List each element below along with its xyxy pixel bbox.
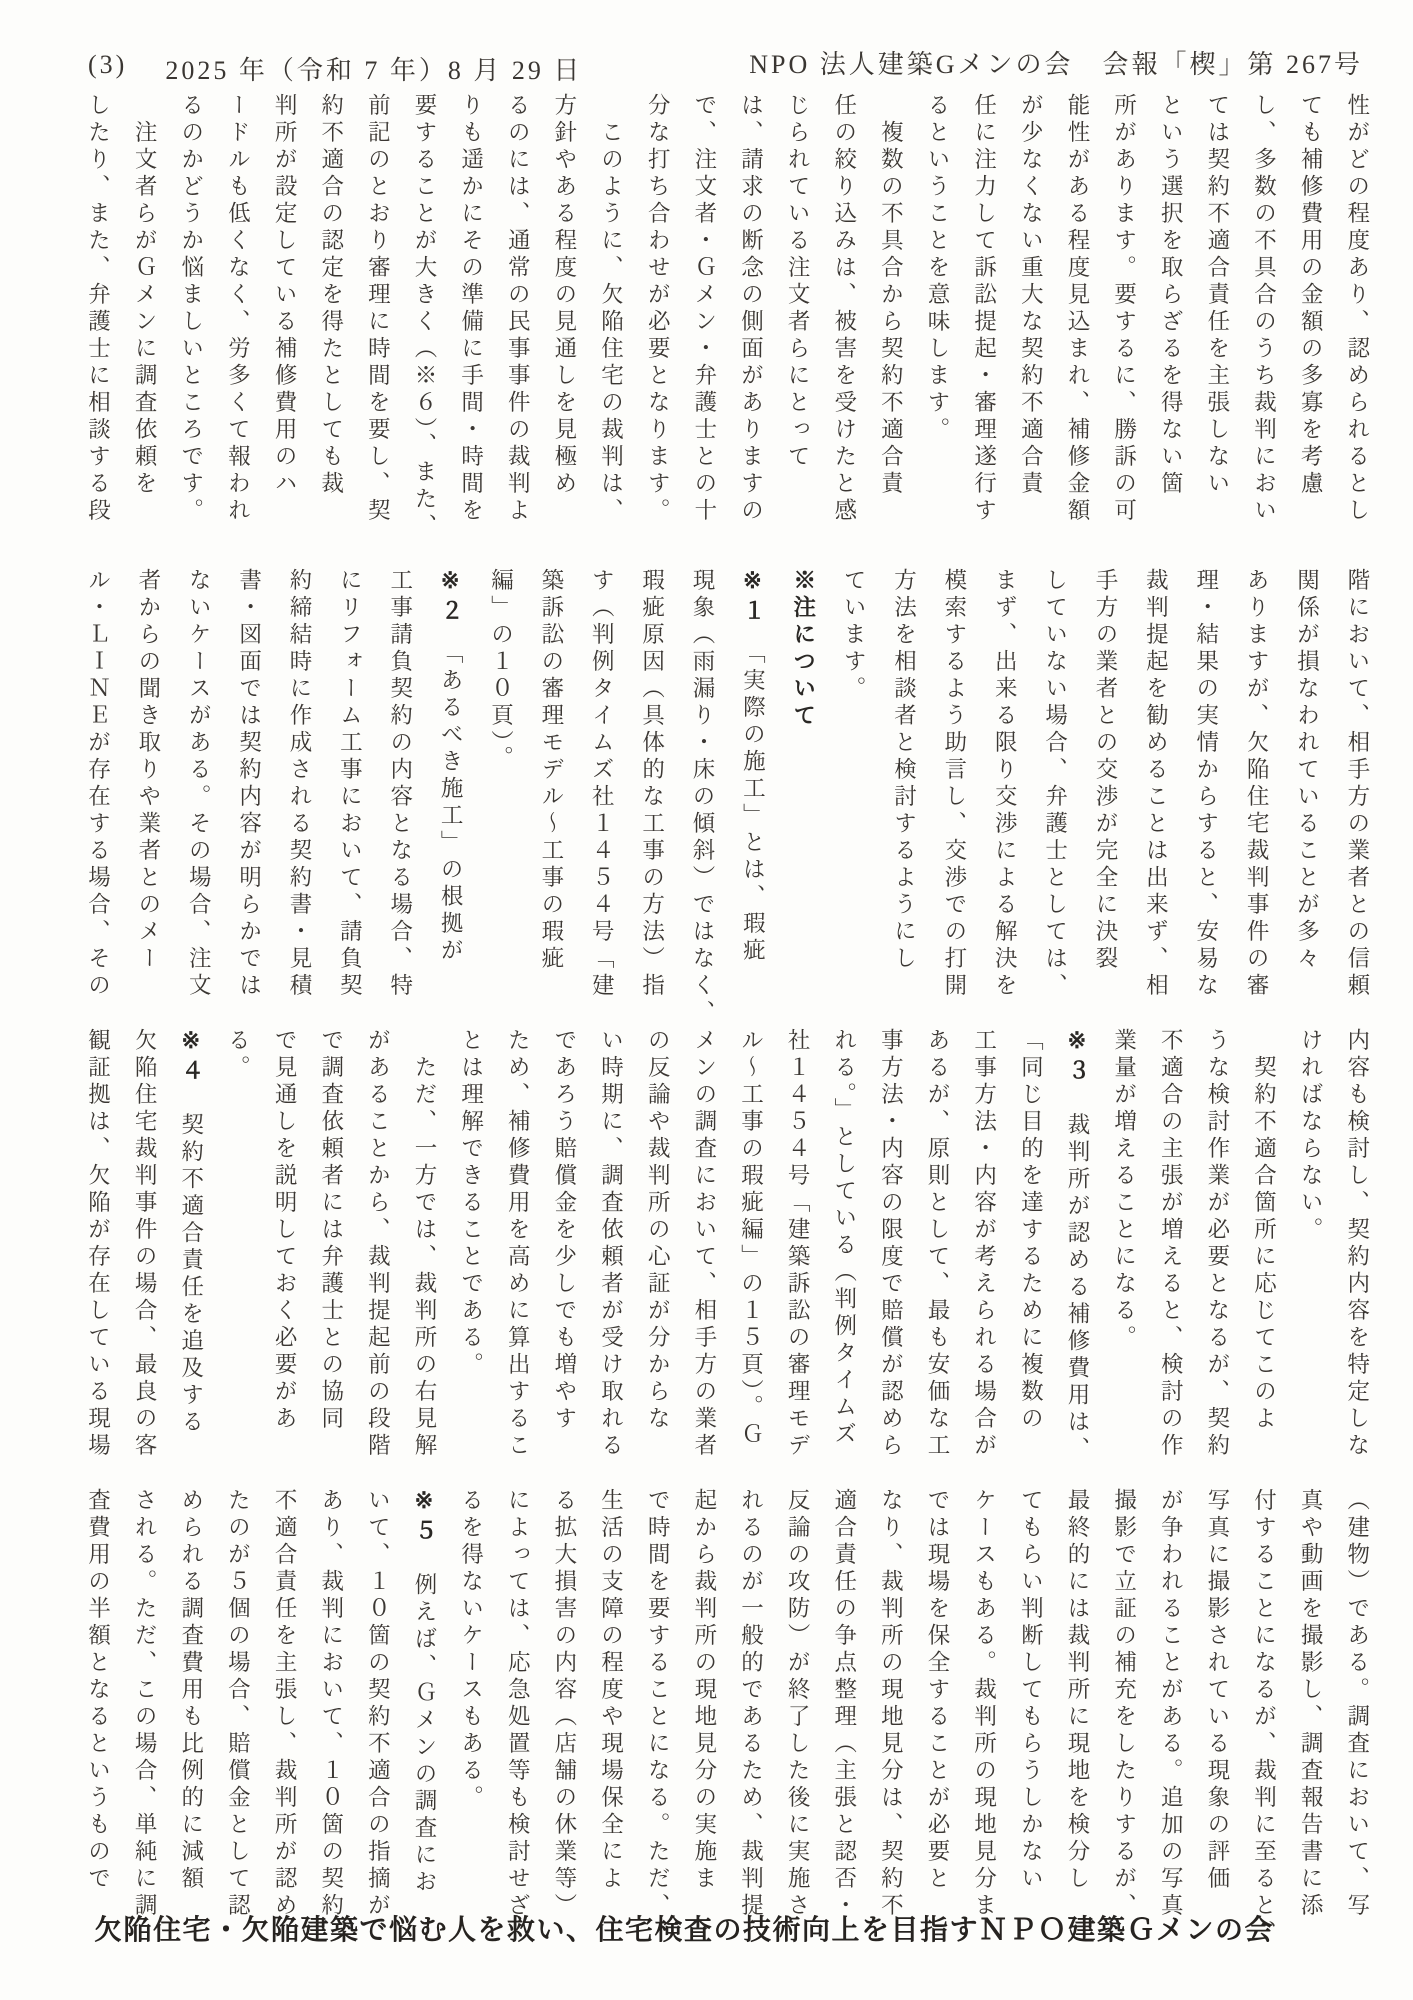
text-column: 分な打ち合わせが必要となります。: [646, 93, 669, 531]
note-marker: ※３: [1065, 1028, 1090, 1086]
note-marker: ※４: [179, 1028, 204, 1086]
text-column: 生活の支障の程度や現場保全によ: [599, 1488, 622, 1926]
text-column: 編」の１０頁）。: [489, 568, 512, 1006]
text-column: で、注文者・Ｇメン・弁護士との十: [692, 93, 715, 531]
text-column: 現象（雨漏り・床の傾斜）ではなく、: [691, 568, 714, 1006]
text-column: 判所が設定している補修費用のハ: [273, 93, 296, 531]
text-column: で見通しを説明しておく必要があ: [273, 1028, 296, 1466]
text-column: る。: [226, 1028, 249, 1466]
article-band-3: 内容も検討し、契約内容を特定しなければならない。 契約不適合箇所に応じてこのよう…: [86, 1028, 1368, 1466]
text-column: が争われることがある。追加の写真: [1159, 1488, 1182, 1926]
text-column: し、多数の不具合のうち裁判におい: [1252, 93, 1275, 531]
text-column: 観証拠は、欠陥が存在している現場: [86, 1028, 109, 1466]
text-column: ければならない。: [1299, 1028, 1322, 1466]
text-column: によっては、応急処置等も検討せざ: [506, 1488, 529, 1926]
note-marker: ※注について: [791, 568, 816, 730]
text-column: ードルも低くなく、労多くて報われ: [226, 93, 249, 531]
text-column: であろう賠償金を少しでも増やす: [552, 1028, 575, 1466]
text-column: るを得ないケースもある。: [459, 1488, 482, 1926]
text-column: 模索するよう助言し、交渉での打開: [942, 568, 965, 1006]
text-column: ただ、一方では、裁判所の右見解: [412, 1028, 435, 1466]
text-column: にリフォーム工事において、請負契: [338, 568, 361, 1006]
text-column: 契約不適合箇所に応じてこのよ: [1252, 1028, 1275, 1466]
text-column: るのには、通常の民事事件の裁判よ: [506, 93, 529, 531]
text-column: 関係が損なわれていることが多々: [1295, 568, 1318, 1006]
text-column: 業量が増えることになる。: [1112, 1028, 1135, 1466]
text-column: なり、裁判所の現地見分は、契約不: [879, 1488, 902, 1926]
text-column: 適合責任の争点整理（主張と認否・: [832, 1488, 855, 1926]
text-column: じられている注文者らにとって: [786, 93, 809, 531]
text-column: まず、出来る限り交渉による解決を: [993, 568, 1016, 1006]
text-column: していない場合、弁護士としては、: [1043, 568, 1066, 1006]
text-column: 査費用の半額となるというもので: [86, 1488, 109, 1926]
text-column: このように、欠陥住宅の裁判は、: [599, 93, 622, 531]
text-column: 約締結時に作成される契約書・見積: [288, 568, 311, 1006]
text-column: るのかどうか悩ましいところです。: [179, 93, 202, 531]
text-column: 反論の攻防）が終了した後に実施さ: [786, 1488, 809, 1926]
newsletter-page: (3) 2025 年（令和 7 年）8 月 29 日 NPO 法人建築Gメンの会…: [0, 0, 1413, 2000]
text-column: 裁判提起を勧めることは出来ず、相: [1144, 568, 1167, 1006]
text-column: りも遥かにその準備に手間・時間を: [459, 93, 482, 531]
note-marker: ※２: [438, 568, 463, 626]
text-column: 前記のとおり審理に時間を要し、契: [366, 93, 389, 531]
text-column: れる。」としている（判例タイムズ: [832, 1028, 855, 1466]
text-column: 起から裁判所の現地見分の実施ま: [692, 1488, 715, 1926]
text-column: 任の絞り込みは、被害を受けたと感: [832, 93, 855, 531]
text-column: 階において、相手方の業者との信頼: [1345, 568, 1368, 1006]
text-column: 欠陥住宅裁判事件の場合、最良の客: [133, 1028, 156, 1466]
text-column: うな検討作業が必要となるが、契約: [1205, 1028, 1228, 1466]
text-column: 不適合の主張が増えると、検討の作: [1159, 1028, 1182, 1466]
text-column: される。ただ、この場合、単純に調: [133, 1488, 156, 1926]
text-column: ありますが、欠陥住宅裁判事件の審: [1245, 568, 1268, 1006]
note-marker: ※５: [412, 1488, 437, 1546]
text-column: 方針やある程度の見通しを見極め: [552, 93, 575, 531]
text-column: ※２ 「あるべき施工」の根拠が: [439, 568, 462, 1006]
text-column: いて、１０箇の契約不適合の指摘が: [366, 1488, 389, 1926]
text-column: という選択を取らざるを得ない箇: [1159, 93, 1182, 531]
text-column: 事方法・内容の限度で賠償が認めら: [879, 1028, 902, 1466]
text-column: で時間を要することになる。ただ、: [646, 1488, 669, 1926]
text-column: 写真に撮影されている現象の評価: [1205, 1488, 1228, 1926]
text-column: す（判例タイムズ社１４５４号「建: [590, 568, 613, 1006]
text-column: ※３ 裁判所が認める補修費用は、: [1065, 1028, 1088, 1466]
text-column: てもらい判断してもらうしかない: [1019, 1488, 1042, 1926]
article-band-1: 性がどの程度あり、認められるとしても補修費用の金額の多寡を考慮し、多数の不具合の…: [86, 93, 1368, 531]
page-header: (3) 2025 年（令和 7 年）8 月 29 日 NPO 法人建築Gメンの会…: [88, 44, 1363, 87]
text-column: 所があります。要するに、勝訴の可: [1112, 93, 1135, 531]
text-column: で調査依頼者には弁護士との協同: [319, 1028, 342, 1466]
page-number: (3): [88, 50, 127, 87]
text-column: 工事方法・内容が考えられる場合が: [972, 1028, 995, 1466]
text-column: は、請求の断念の側面がありますの: [739, 93, 762, 531]
text-column: 不適合責任を主張し、裁判所が認め: [273, 1488, 296, 1926]
text-column: ています。: [842, 568, 865, 1006]
header-left: (3) 2025 年（令和 7 年）8 月 29 日: [88, 50, 582, 87]
text-column: 最終的には裁判所に現地を検分し: [1065, 1488, 1088, 1926]
text-column: ※１ 「実際の施工」とは、瑕疵: [741, 568, 764, 1006]
text-column: あるが、原則として、最も安価な工: [926, 1028, 949, 1466]
text-column: たのが５個の場合、賠償金として認: [226, 1488, 249, 1926]
article-band-2: 階において、相手方の業者との信頼関係が損なわれていることが多々ありますが、欠陥住…: [86, 568, 1368, 1006]
text-column: 方法を相談者と検討するようにし: [892, 568, 915, 1006]
text-column: 瑕疵原因（具体的な工事の方法）指: [640, 568, 663, 1006]
text-column: とは理解できることである。: [459, 1028, 482, 1466]
text-column: 真や動画を撮影し、調査報告書に添: [1299, 1488, 1322, 1926]
text-column: 理・結果の実情からすると、安易な: [1194, 568, 1217, 1006]
text-column: メンの調査において、相手方の業者: [692, 1028, 715, 1466]
text-column: 内容も検討し、契約内容を特定しな: [1345, 1028, 1368, 1466]
text-column: 注文者らがＧメンに調査依頼を: [133, 93, 156, 531]
text-column: があることから、裁判提起前の段階: [366, 1028, 389, 1466]
text-column: い時期に、調査依頼者が受け取れる: [599, 1028, 622, 1466]
text-column: ては契約不適合責任を主張しない: [1205, 93, 1228, 531]
text-column: ル・ＬＩＮＥが存在する場合、その: [86, 568, 109, 1006]
text-column: 書・図面では契約内容が明らかでは: [237, 568, 260, 1006]
text-column: る拡大損害の内容（店舗の休業等）: [552, 1488, 575, 1926]
text-column: 工事請負契約の内容となる場合、特: [388, 568, 411, 1006]
footer-slogan: 欠陥住宅・欠陥建築で悩む人を救い、住宅検査の技術向上を目指すＮＰＯ建築Ｇメンの会: [94, 1914, 1274, 1945]
text-column: では現場を保全することが必要と: [926, 1488, 949, 1926]
text-column: 任に注力して訴訟提起・審理遂行す: [972, 93, 995, 531]
footer-slogan-bar: 欠陥住宅・欠陥建築で悩む人を救い、住宅検査の技術向上を目指すＮＰＯ建築Ｇメンの会: [94, 1908, 1363, 1948]
text-column: したり、また、弁護士に相談する段: [86, 93, 109, 531]
note-marker: ※１: [740, 568, 765, 626]
text-column: が少なくない重大な契約不適合責: [1019, 93, 1042, 531]
text-column: あり、裁判において、１０箇の契約: [319, 1488, 342, 1926]
text-column: 付することになるが、裁判に至ると、: [1252, 1488, 1275, 1926]
text-column: 築訴訟の審理モデル～工事の瑕疵: [539, 568, 562, 1006]
text-column: 手方の業者との交渉が完全に決裂: [1094, 568, 1117, 1006]
issue-date: 2025 年（令和 7 年）8 月 29 日: [165, 50, 582, 87]
text-column: ※５ 例えば、Ｇメンの調査にお: [412, 1488, 435, 1926]
text-column: るということを意味します。: [926, 93, 949, 531]
text-column: 複数の不具合から契約不適合責: [879, 93, 902, 531]
text-column: （建物）である。調査において、写: [1345, 1488, 1368, 1926]
text-column: 者からの聞き取りや業者とのメー: [136, 568, 159, 1006]
text-column: 要することが大きく（※６）、また、: [412, 93, 435, 531]
text-column: ※注について: [791, 568, 814, 1006]
text-column: ル～工事の瑕疵編」の１５頁）。Ｇ: [739, 1028, 762, 1466]
text-column: ないケースがある。その場合、注文: [187, 568, 210, 1006]
text-column: の反論や裁判所の心証が分からな: [646, 1028, 669, 1466]
text-column: れるのが一般的であるため、裁判提: [739, 1488, 762, 1926]
text-column: ため、補修費用を高めに算出するこ: [506, 1028, 529, 1466]
article-band-4: （建物）である。調査において、写真や動画を撮影し、調査報告書に添付することになる…: [86, 1488, 1368, 1926]
text-column: 性がどの程度あり、認められるとし: [1345, 93, 1368, 531]
text-column: ケースもある。裁判所の現地見分ま: [972, 1488, 995, 1926]
text-column: ても補修費用の金額の多寡を考慮: [1299, 93, 1322, 531]
text-column: 撮影で立証の補充をしたりするが、: [1112, 1488, 1135, 1926]
text-column: 社１４５４号「建築訴訟の審理モデ: [786, 1028, 809, 1466]
text-column: ※４ 契約不適合責任を追及する: [179, 1028, 202, 1466]
text-column: 約不適合の認定を得たとしても裁: [319, 93, 342, 531]
text-column: められる調査費用も比例的に減額: [179, 1488, 202, 1926]
publication-title: NPO 法人建築Gメンの会 会報「楔」第 267号: [749, 44, 1363, 81]
text-column: 「同じ目的を達するために複数の: [1019, 1028, 1042, 1466]
text-column: 能性がある程度見込まれ、補修金額: [1065, 93, 1088, 531]
